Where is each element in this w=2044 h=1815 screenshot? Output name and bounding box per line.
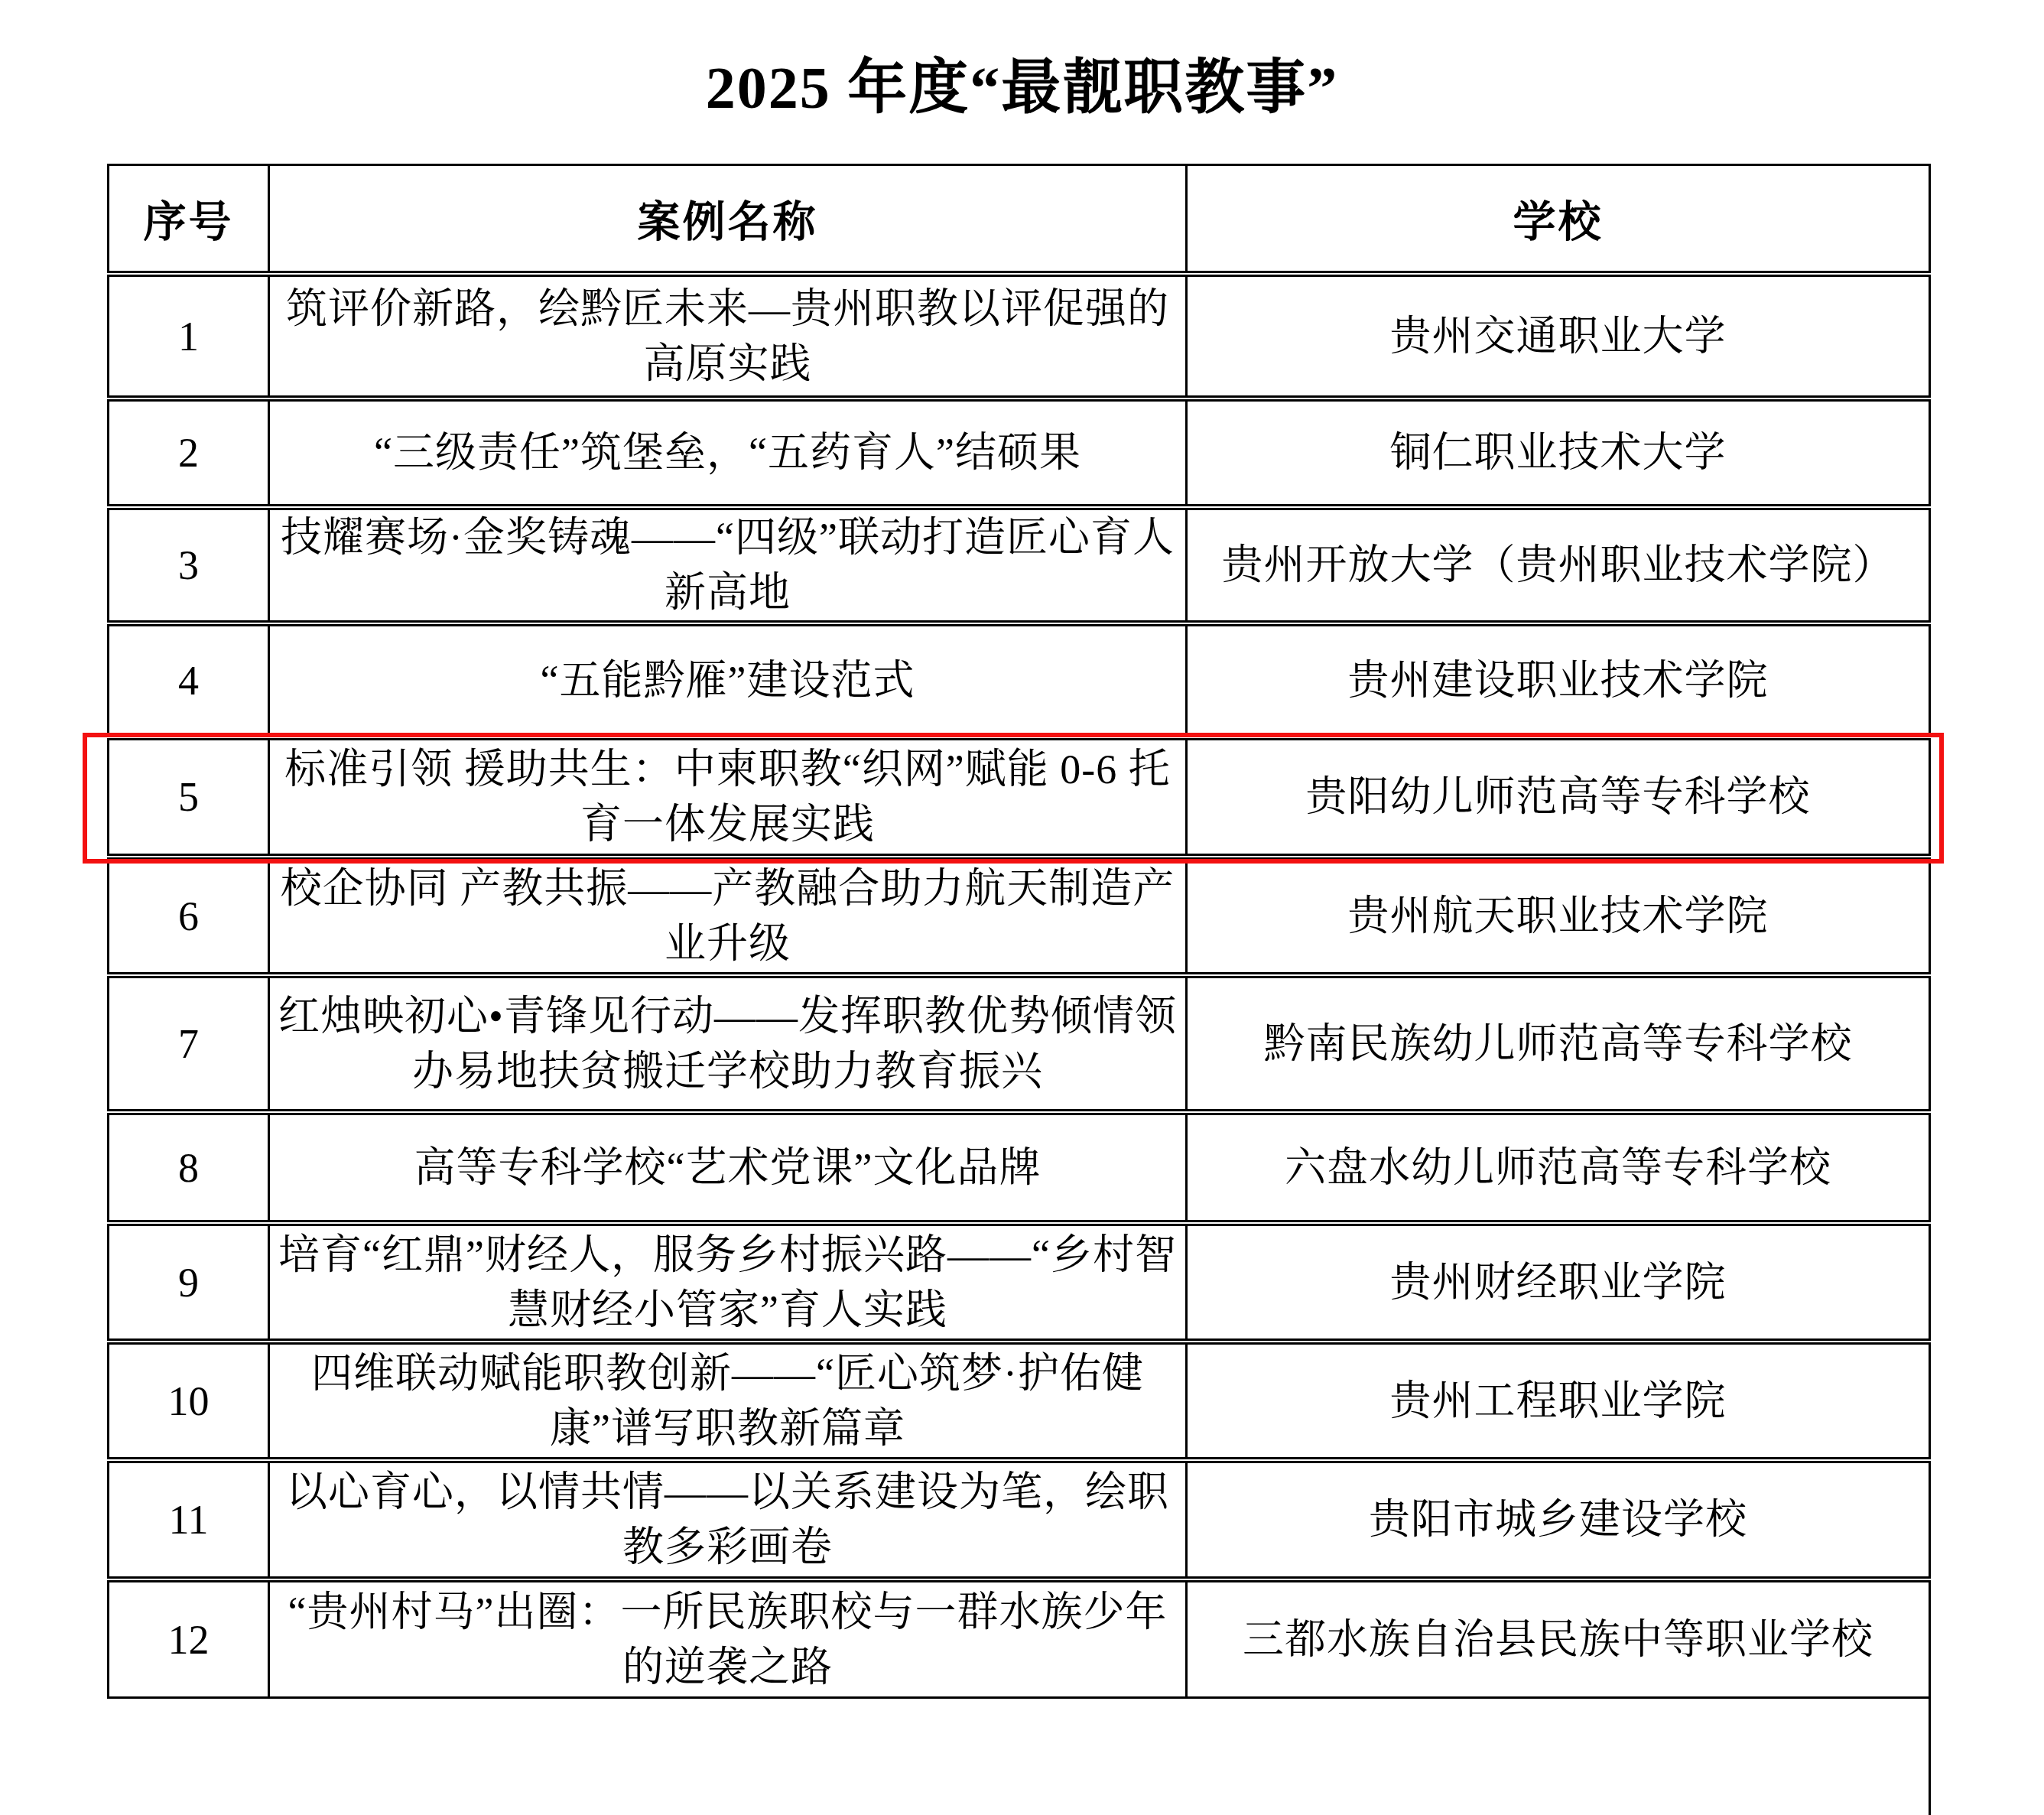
school-name: 黔南民族幼儿师范高等专科学校 xyxy=(1185,976,1931,1111)
row-number: 7 xyxy=(107,976,268,1111)
table-row: 8 高等专科学校“艺术党课”文化品牌 六盘水幼儿师范高等专科学校 xyxy=(107,1113,1931,1222)
case-name: 红烛映初心•青锋见行动——发挥职教优势倾情领办易地扶贫搬迁学校助力教育振兴 xyxy=(268,976,1185,1111)
school-name: 贵州财经职业学院 xyxy=(1185,1224,1931,1341)
table-row: 7 红烛映初心•青锋见行动——发挥职教优势倾情领办易地扶贫搬迁学校助力教育振兴 … xyxy=(107,976,1931,1111)
row-number: 8 xyxy=(107,1113,268,1222)
school-name: 贵州开放大学（贵州职业技术学院） xyxy=(1185,508,1931,623)
table-row: 2 “三级责任”筑堡垒，“五药育人”结硕果 铜仁职业技术大学 xyxy=(107,399,1931,506)
table-row: 11 以心育心，以情共情——以关系建设为笔，绘职教多彩画卷 贵阳市城乡建设学校 xyxy=(107,1461,1931,1579)
school-name: 铜仁职业技术大学 xyxy=(1185,399,1931,506)
col-header-no: 序号 xyxy=(107,164,268,273)
school-name: 贵州工程职业学院 xyxy=(1185,1342,1931,1459)
document-page: 2025 年度“最靓职教事” 序号 案例名称 学校 1 筑评价新路，绘黔匠未来—… xyxy=(0,0,2044,1815)
school-name: 六盘水幼儿师范高等专科学校 xyxy=(1185,1113,1931,1222)
row-number: 2 xyxy=(107,399,268,506)
school-name: 贵州交通职业大学 xyxy=(1185,275,1931,398)
table-row: 12 “贵州村马”出圈：一所民族职校与一群水族少年的逆袭之路 三都水族自治县民族… xyxy=(107,1580,1931,1699)
row-number: 12 xyxy=(107,1580,268,1699)
case-name: “三级责任”筑堡垒，“五药育人”结硕果 xyxy=(268,399,1185,506)
case-name: 筑评价新路，绘黔匠未来—贵州职教以评促强的高原实践 xyxy=(268,275,1185,398)
row-number: 6 xyxy=(107,857,268,974)
row-number: 4 xyxy=(107,624,268,737)
awards-table: 序号 案例名称 学校 1 筑评价新路，绘黔匠未来—贵州职教以评促强的高原实践 贵… xyxy=(107,162,1931,1700)
school-name: 三都水族自治县民族中等职业学校 xyxy=(1185,1580,1931,1699)
school-name: 贵阳市城乡建设学校 xyxy=(1185,1461,1931,1579)
case-name: 培育“红鼎”财经人，服务乡村振兴路——“乡村智慧财经小管家”育人实践 xyxy=(268,1224,1185,1341)
row-number: 1 xyxy=(107,275,268,398)
row-number: 11 xyxy=(107,1461,268,1579)
table-row: 1 筑评价新路，绘黔匠未来—贵州职教以评促强的高原实践 贵州交通职业大学 xyxy=(107,275,1931,398)
row-number: 10 xyxy=(107,1342,268,1459)
col-header-school: 学校 xyxy=(1185,164,1931,273)
table-row: 3 技耀赛场·金奖铸魂——“四级”联动打造匠心育人新高地 贵州开放大学（贵州职业… xyxy=(107,508,1931,623)
table-row: 9 培育“红鼎”财经人，服务乡村振兴路——“乡村智慧财经小管家”育人实践 贵州财… xyxy=(107,1224,1931,1341)
table-row: 10 四维联动赋能职教创新——“匠心筑梦·护佑健康”谱写职教新篇章 贵州工程职业… xyxy=(107,1342,1931,1459)
case-name: 校企协同 产教共振——产教融合助力航天制造产业升级 xyxy=(268,857,1185,974)
case-name: 四维联动赋能职教创新——“匠心筑梦·护佑健康”谱写职教新篇章 xyxy=(268,1342,1185,1459)
case-name: 以心育心，以情共情——以关系建设为笔，绘职教多彩画卷 xyxy=(268,1461,1185,1579)
table-row-highlighted: 5 标准引领 援助共生：中柬职教“织网”赋能 0-6 托育一体发展实践 贵阳幼儿… xyxy=(107,738,1931,856)
table-row: 6 校企协同 产教共振——产教融合助力航天制造产业升级 贵州航天职业技术学院 xyxy=(107,857,1931,974)
table-right-border-artifact xyxy=(1929,1696,1931,1815)
case-name: 标准引领 援助共生：中柬职教“织网”赋能 0-6 托育一体发展实践 xyxy=(268,738,1185,856)
case-name: 高等专科学校“艺术党课”文化品牌 xyxy=(268,1113,1185,1222)
table-row: 4 “五能黔雁”建设范式 贵州建设职业技术学院 xyxy=(107,624,1931,737)
school-name: 贵州航天职业技术学院 xyxy=(1185,857,1931,974)
header-row: 序号 案例名称 学校 xyxy=(107,164,1931,273)
row-number: 3 xyxy=(107,508,268,623)
page-title: 2025 年度“最靓职教事” xyxy=(0,40,2044,125)
school-name: 贵州建设职业技术学院 xyxy=(1185,624,1931,737)
awards-table-wrap: 序号 案例名称 学校 1 筑评价新路，绘黔匠未来—贵州职教以评促强的高原实践 贵… xyxy=(107,162,1931,1700)
case-name: 技耀赛场·金奖铸魂——“四级”联动打造匠心育人新高地 xyxy=(268,508,1185,623)
case-name: “五能黔雁”建设范式 xyxy=(268,624,1185,737)
case-name: “贵州村马”出圈：一所民族职校与一群水族少年的逆袭之路 xyxy=(268,1580,1185,1699)
row-number: 5 xyxy=(107,738,268,856)
school-name: 贵阳幼儿师范高等专科学校 xyxy=(1185,738,1931,856)
col-header-case: 案例名称 xyxy=(268,164,1185,273)
row-number: 9 xyxy=(107,1224,268,1341)
